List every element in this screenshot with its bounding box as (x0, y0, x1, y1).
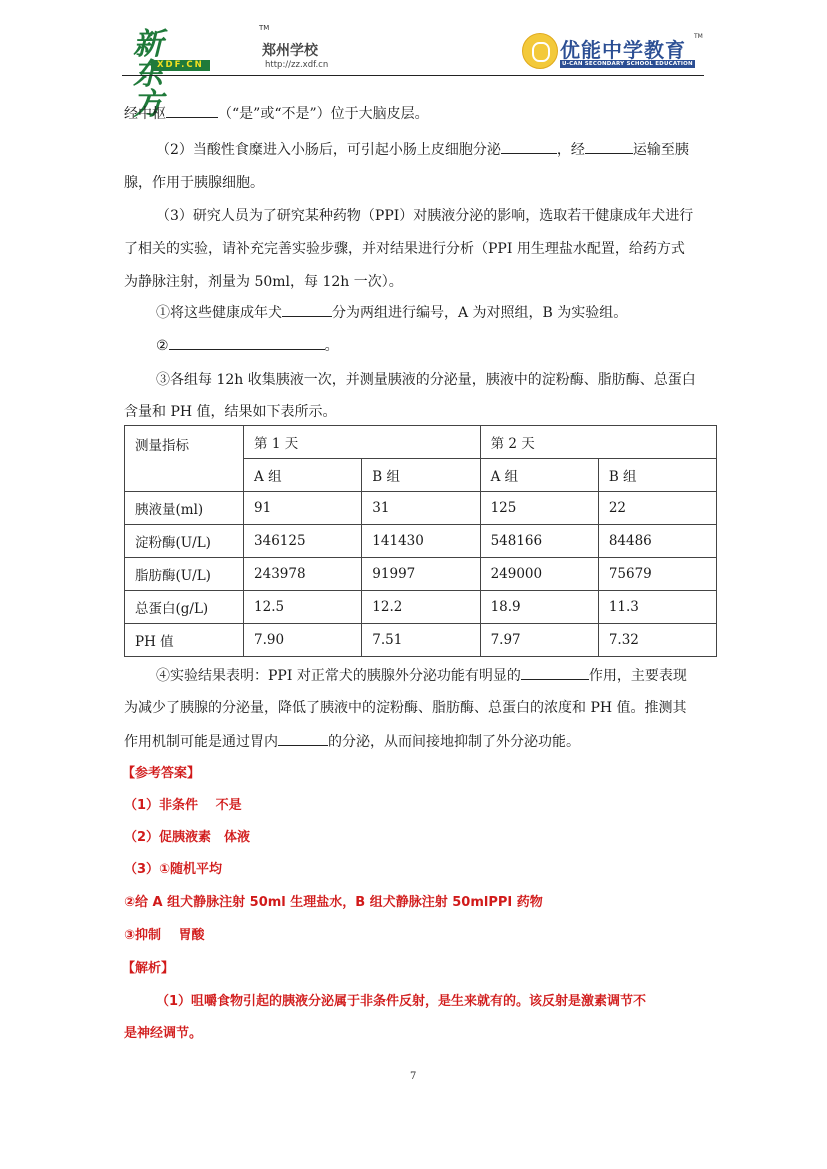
step-1-line: ①将这些健康成年犬分为两组进行编号，A 为对照组，B 为实验组。 (156, 302, 627, 323)
header-cell-indicator: 测量指标 (125, 426, 244, 492)
table-cell: 7.32 (598, 624, 716, 657)
page-header: 新东方 TM XDF.CN 郑州学校 http://zz.xdf.cn 优能中学… (0, 0, 827, 80)
row-label: 总蛋白(g/L) (125, 591, 244, 624)
step-4-line: ④实验结果表明：PPI 对正常犬的胰腺外分泌功能有明显的作用，主要表现 (156, 665, 687, 686)
text: （2）当酸性食糜进入小肠后，可引起小肠上皮细胞分泌 (156, 142, 501, 158)
table-row: 总蛋白(g/L) 12.5 12.2 18.9 11.3 (125, 591, 717, 624)
text: ④实验结果表明：PPI 对正常犬的胰腺外分泌功能有明显的 (156, 668, 521, 684)
table-cell: 12.5 (244, 591, 362, 624)
answer-blank (282, 302, 332, 317)
table-row: 脂肪酶(U/L) 243978 91997 249000 75679 (125, 558, 717, 591)
step-3-line: ③各组每 12h 收集胰液一次，并测量胰液的分泌量，胰液中的淀粉酶、脂肪酶、总蛋… (156, 370, 696, 390)
text: 。 (325, 338, 339, 354)
analysis-heading: 【解析】 (122, 959, 174, 979)
step-2-line: ②。 (156, 335, 339, 356)
answer-3: （3）①随机平均 (124, 860, 222, 880)
analysis-paragraph: （1）咀嚼食物引起的胰液分泌属于非条件反射，是生来就有的。该反射是激素调节不 (156, 992, 646, 1012)
table-cell: 75679 (598, 558, 716, 591)
answer-blank (166, 103, 218, 118)
text: 分为两组进行编号，A 为对照组，B 为实验组。 (332, 305, 627, 321)
answer-blank (585, 139, 633, 154)
results-table: 测量指标 第 1 天 第 2 天 A 组 B 组 A 组 B 组 胰液量(ml)… (124, 425, 717, 657)
question-3-line: （3）研究人员为了研究某种药物（PPI）对胰液分泌的影响，选取若干健康成年犬进行 (156, 206, 693, 226)
xdf-domain: XDF.CN (151, 60, 210, 71)
school-name: 郑州学校 (262, 40, 318, 60)
header-divider (122, 75, 704, 76)
text: 作用机制可能是通过胃内 (124, 734, 278, 750)
row-label: 脂肪酶(U/L) (125, 558, 244, 591)
table-cell: 18.9 (480, 591, 598, 624)
table-header-row: 测量指标 第 1 天 第 2 天 (125, 426, 717, 459)
table-cell: 7.51 (362, 624, 480, 657)
text: （“是”或“不是”）位于大脑皮层。 (218, 106, 429, 122)
text: 经中枢 (124, 106, 166, 122)
answer-3-2: ②给 A 组犬静脉注射 50ml 生理盐水，B 组犬静脉注射 50mlPPI 药… (124, 893, 543, 913)
answer-1: （1）非条件 不是 (124, 796, 242, 816)
question-3-line: 为静脉注射，剂量为 50ml，每 12h 一次）。 (124, 272, 403, 292)
table-cell: 125 (480, 492, 598, 525)
text: ①将这些健康成年犬 (156, 305, 282, 321)
table-cell: 31 (362, 492, 480, 525)
text: 运输至胰 (633, 142, 689, 158)
table-row: 胰液量(ml) 91 31 125 22 (125, 492, 717, 525)
table-row: 淀粉酶(U/L) 346125 141430 548166 84486 (125, 525, 717, 558)
row-label: PH 值 (125, 624, 244, 657)
table-cell: 7.90 (244, 624, 362, 657)
question-line: 经中枢（“是”或“不是”）位于大脑皮层。 (124, 103, 429, 124)
answer-3-3: ③抑制 胃酸 (124, 926, 205, 946)
table-cell: 11.3 (598, 591, 716, 624)
group-cell: B 组 (598, 459, 716, 492)
text: 作用，主要表现 (589, 668, 687, 684)
table-cell: 7.97 (480, 624, 598, 657)
step-4-line: 为减少了胰腺的分泌量，降低了胰液中的淀粉酶、脂肪酶、总蛋白的浓度和 PH 值。推… (124, 698, 687, 718)
analysis-paragraph: 是神经调节。 (124, 1024, 202, 1044)
answer-blank (169, 335, 325, 350)
header-cell-day2: 第 2 天 (480, 426, 716, 459)
school-url: http://zz.xdf.cn (265, 60, 328, 70)
header-cell-day1: 第 1 天 (244, 426, 481, 459)
table-cell: 12.2 (362, 591, 480, 624)
group-cell: A 组 (244, 459, 362, 492)
step-4-line: 作用机制可能是通过胃内的分泌，从而间接地抑制了外分泌功能。 (124, 731, 580, 752)
ucan-subtitle: U-CAN SECONDARY SCHOOL EDUCATION (560, 60, 695, 68)
table-cell: 243978 (244, 558, 362, 591)
row-label: 淀粉酶(U/L) (125, 525, 244, 558)
table-cell: 91 (244, 492, 362, 525)
row-label: 胰液量(ml) (125, 492, 244, 525)
text: ，经 (557, 142, 585, 158)
table-cell: 346125 (244, 525, 362, 558)
answer-blank (521, 665, 589, 680)
text: 的分泌，从而间接地抑制了外分泌功能。 (328, 734, 580, 750)
answer-2: （2）促胰液素 体液 (124, 828, 250, 848)
group-cell: B 组 (362, 459, 480, 492)
page-number: 7 (410, 1071, 416, 1082)
ucan-title: 优能中学教育 (560, 34, 686, 63)
table-cell: 141430 (362, 525, 480, 558)
question-2-line: （2）当酸性食糜进入小肠后，可引起小肠上皮细胞分泌，经运输至胰 (156, 139, 689, 160)
table-row: PH 值 7.90 7.51 7.97 7.32 (125, 624, 717, 657)
table-cell: 548166 (480, 525, 598, 558)
step-3-line: 含量和 PH 值，结果如下表所示。 (124, 402, 337, 422)
question-3-line: 了相关的实验，请补充完善实验步骤，并对结果进行分析（PPI 用生理盐水配置，给药… (124, 239, 685, 259)
table-cell: 91997 (362, 558, 480, 591)
ucan-badge-icon (522, 33, 558, 69)
group-cell: A 组 (480, 459, 598, 492)
text: ② (156, 338, 169, 354)
question-2-line: 腺，作用于胰腺细胞。 (124, 173, 264, 193)
table-cell: 84486 (598, 525, 716, 558)
table-cell: 249000 (480, 558, 598, 591)
answer-heading: 【参考答案】 (122, 764, 200, 784)
answer-blank (278, 731, 328, 746)
answer-blank (501, 139, 557, 154)
table-cell: 22 (598, 492, 716, 525)
trademark-symbol: TM (694, 33, 703, 40)
trademark-symbol: TM (259, 24, 269, 32)
